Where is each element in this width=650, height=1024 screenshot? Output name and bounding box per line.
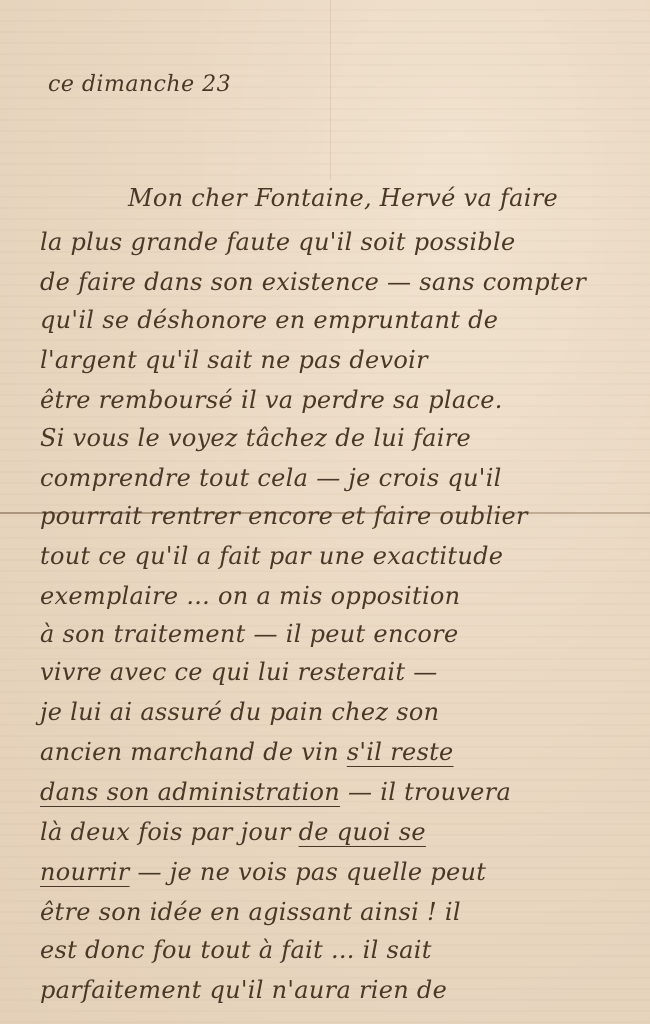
underlined-phrase-administration: dans son administration <box>40 778 340 806</box>
letter-line-13: vivre avec ce qui lui resterait — <box>40 658 438 686</box>
letter-line-3: de faire dans son existence — sans compt… <box>40 268 586 296</box>
letter-body: ce dimanche 23 Mon cher Fontaine, Hervé … <box>0 0 650 1024</box>
letter-line-9: pourrait rentrer encore et faire oublier <box>40 502 528 530</box>
letter-line-21: parfaitement qu'il n'aura rien de <box>40 976 447 1004</box>
letter-line-15: ancien marchand de vin s'il reste <box>40 738 454 766</box>
letter-line-11: exemplaire ... on a mis opposition <box>40 582 460 610</box>
line-18-rest: — je ne vois pas quelle peut <box>138 858 487 886</box>
letter-line-12: à son traitement — il peut encore <box>40 620 458 648</box>
underlined-phrase-de-quoi-se: de quoi se <box>299 818 426 846</box>
letter-line-5: l'argent qu'il sait ne pas devoir <box>40 346 428 374</box>
letter-line-14: je lui ai assuré du pain chez son <box>40 698 439 726</box>
letter-line-19: être son idée en agissant ainsi ! il <box>40 898 461 926</box>
letter-line-4: qu'il se déshonore en empruntant de <box>40 306 498 334</box>
letter-line-16: dans son administration — il trouvera <box>40 778 511 806</box>
letter-line-1: Mon cher Fontaine, Hervé va faire <box>128 184 558 212</box>
line-17-text: là deux fois par jour <box>40 818 291 846</box>
letter-line-20: est donc fou tout à fait ... il sait <box>40 936 432 964</box>
line-16-rest: — il trouvera <box>348 778 511 806</box>
dateline: ce dimanche 23 <box>48 72 231 97</box>
underlined-phrase-sil-reste: s'il reste <box>347 738 454 766</box>
line-15-text: ancien marchand de vin <box>40 738 339 766</box>
letter-line-6: être remboursé il va perdre sa place. <box>40 386 503 414</box>
underlined-word-nourrir: nourrir <box>40 858 130 886</box>
letter-line-7: Si vous le voyez tâchez de lui faire <box>40 424 471 452</box>
letter-line-8: comprendre tout cela — je crois qu'il <box>40 464 502 492</box>
letter-page: ce dimanche 23 Mon cher Fontaine, Hervé … <box>0 0 650 1024</box>
letter-line-10: tout ce qu'il a fait par une exactitude <box>40 542 503 570</box>
letter-line-2: la plus grande faute qu'il soit possible <box>40 228 515 256</box>
letter-line-17: là deux fois par jour de quoi se <box>40 818 426 846</box>
letter-line-18: nourrir — je ne vois pas quelle peut <box>40 858 486 886</box>
